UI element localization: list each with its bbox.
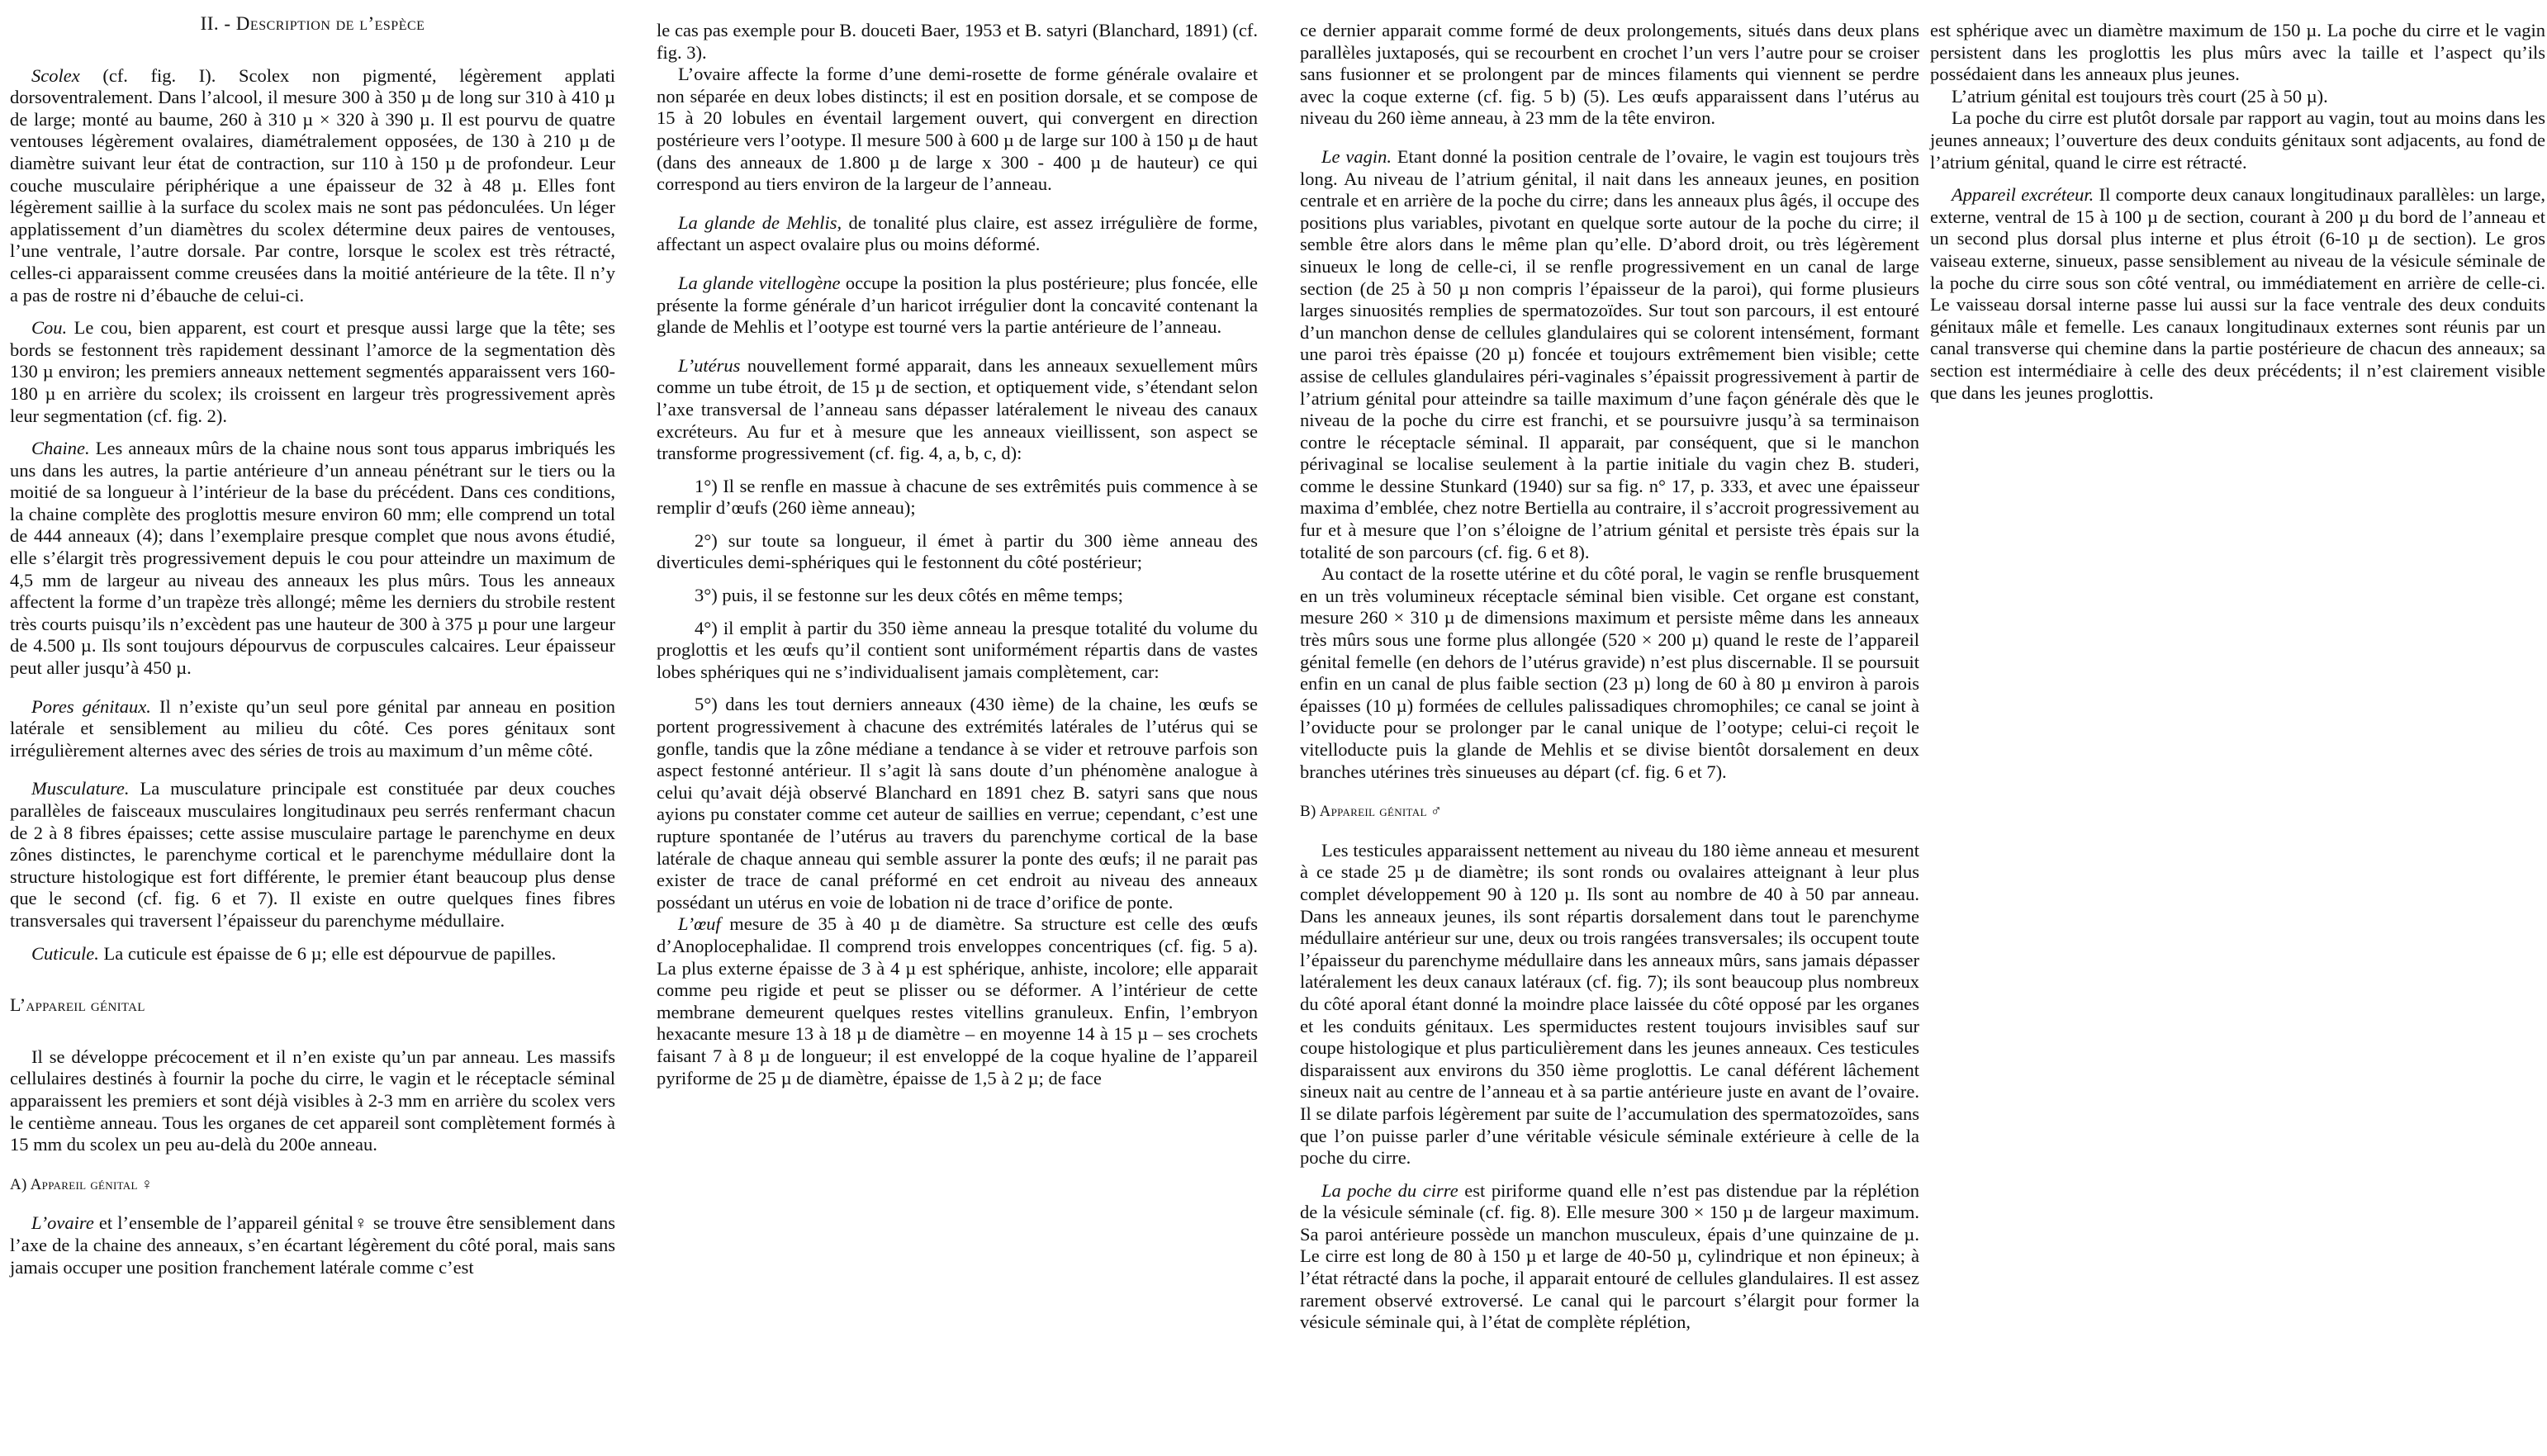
paragraph-ovaire: L’ovaire et l’ensemble de l’appareil gén…	[10, 1212, 615, 1278]
paragraph-lead: La glande de Mehlis,	[678, 212, 842, 233]
subheading-text: A) Appareil génital	[10, 1176, 138, 1193]
paragraph-text: La poche du cirre est plutôt dorsale par…	[1930, 107, 2545, 172]
paragraph-cuticule: Cuticule. La cuticule est épaisse de 6 µ…	[10, 943, 615, 965]
paragraph-vagin: Le vagin. Etant donné la position centra…	[1300, 146, 1919, 563]
male-symbol-icon: ♂	[1430, 803, 1443, 820]
paragraph-text: (cf. fig. I). Scolex non pigmenté, légèr…	[10, 65, 615, 306]
section-heading-appareil-genital: L’appareil génital	[10, 994, 615, 1017]
list-item-3: 3°) puis, il se festonne sur les deux cô…	[657, 585, 1258, 607]
paragraph-ovaire-forme: L’ovaire affecte la forme d’une demi-ros…	[657, 64, 1258, 196]
paragraph-text: nouvellement formé apparait, dans les an…	[657, 355, 1258, 463]
paragraph-uterus: L’utérus nouvellement formé apparait, da…	[657, 355, 1258, 465]
paragraph-text: Il comporte deux canaux longitudinaux pa…	[1930, 184, 2545, 402]
list-item-2: 2°) sur toute sa longueur, il émet à par…	[657, 530, 1258, 574]
paragraph-text: L’atrium génital est toujours très court…	[1952, 86, 2328, 107]
paragraph-text: mesure de 35 à 40 µ de diamètre. Sa stru…	[657, 913, 1258, 1088]
paragraph-text: Au contact de la rosette utérine et du c…	[1300, 563, 1919, 781]
paragraph-oeuf: L’œuf mesure de 35 à 40 µ de diamètre. S…	[657, 913, 1258, 1089]
column-3: ce dernier apparait comme formé de deux …	[1300, 20, 1919, 1334]
paragraph-lead: Pores génitaux.	[31, 696, 151, 717]
list-item-1: 1°) Il se renfle en massue à chacune de …	[657, 476, 1258, 519]
paragraph-glande-vitellogene: La glande vitellogène occupe la position…	[657, 273, 1258, 339]
paragraph-pores-genitaux: Pores génitaux. Il n’existe qu’un seul p…	[10, 696, 615, 762]
list-item-4: 4°) il emplit à partir du 350 ième annea…	[657, 618, 1258, 684]
paragraph-text: est piriforme quand elle n’est pas diste…	[1300, 1180, 1919, 1333]
subheading-appareil-genital-femelle: A) Appareil génital♀	[10, 1174, 615, 1197]
paragraph-lead: Le vagin.	[1321, 146, 1392, 167]
paragraph-appareil-excreteur: Appareil excréteur. Il comporte deux can…	[1930, 184, 2545, 404]
paragraph-lead: L’utérus	[678, 355, 740, 376]
paragraph-poche-dorsale: La poche du cirre est plutôt dorsale par…	[1930, 107, 2545, 173]
paragraph-lead: Cuticule.	[31, 943, 99, 964]
list-item-5: 5°) dans les tout derniers anneaux (430 …	[657, 694, 1258, 913]
paragraph-text: L’ovaire affecte la forme d’une demi-ros…	[657, 64, 1258, 194]
paragraph-lead: La glande vitellogène	[678, 273, 841, 293]
column-2: le cas pas exemple pour B. douceti Baer,…	[657, 20, 1258, 1089]
paragraph-glande-mehlis: La glande de Mehlis, de tonalité plus cl…	[657, 212, 1258, 256]
paragraph-poche-du-cirre: La poche du cirre est piriforme quand el…	[1300, 1180, 1919, 1334]
paragraph-text: Les testicules apparaissent nettement au…	[1300, 840, 1919, 1168]
paragraph-text: La cuticule est épaisse de 6 µ; elle est…	[99, 943, 556, 964]
paragraph-receptacle-seminal: Au contact de la rosette utérine et du c…	[1300, 563, 1919, 783]
paragraph-lead: Musculature.	[31, 778, 130, 799]
paragraph-text: Etant donné la position centrale de l’ov…	[1300, 146, 1919, 562]
female-symbol-icon: ♀	[141, 1176, 154, 1193]
paragraph-continuation: le cas pas exemple pour B. douceti Baer,…	[657, 20, 1258, 64]
paragraph-musculature: Musculature. La musculature principale e…	[10, 778, 615, 932]
paragraph-testicules: Les testicules apparaissent nettement au…	[1300, 840, 1919, 1169]
paragraph-text: La musculature principale est constituée…	[10, 778, 615, 931]
page-title: II. - Description de l’espèce	[10, 13, 615, 36]
paragraph-lead: La poche du cirre	[1321, 1180, 1458, 1201]
paragraph-chaine: Chaine. Les anneaux mûrs de la chaine no…	[10, 438, 615, 680]
paragraph-continuation: ce dernier apparait comme formé de deux …	[1300, 20, 1919, 130]
paragraph-text: Il se développe précocement et il n’en e…	[10, 1046, 615, 1155]
paragraph-lead: L’ovaire	[31, 1212, 94, 1233]
paragraph-lead: L’œuf	[678, 913, 721, 934]
paragraph-appareil-genital-intro: Il se développe précocement et il n’en e…	[10, 1046, 615, 1156]
paragraph-scolex: Scolex (cf. fig. I). Scolex non pigmenté…	[10, 65, 615, 307]
paragraph-lead: Chaine.	[31, 438, 90, 458]
paragraph-text: et l’ensemble de l’appareil génital♀ se …	[10, 1212, 615, 1277]
paragraph-lead: Appareil excréteur.	[1952, 184, 2094, 205]
paragraph-text: Les anneaux mûrs de la chaine nous sont …	[10, 438, 615, 678]
column-4: est sphérique avec un diamètre maximum d…	[1930, 20, 2545, 404]
paragraph-lead: Scolex	[31, 65, 80, 86]
paragraph-atrium-genital: L’atrium génital est toujours très court…	[1930, 86, 2545, 108]
subheading-text: B) Appareil génital	[1300, 803, 1427, 820]
subheading-appareil-genital-male: B) Appareil génital♂	[1300, 801, 1919, 823]
paragraph-text: Le cou, bien apparent, est court et pres…	[10, 317, 615, 425]
paragraph-lead: Cou.	[31, 317, 67, 338]
paragraph-continuation: est sphérique avec un diamètre maximum d…	[1930, 20, 2545, 86]
column-1: II. - Description de l’espèce Scolex (cf…	[10, 7, 615, 1278]
paragraph-cou: Cou. Le cou, bien apparent, est court et…	[10, 317, 615, 427]
